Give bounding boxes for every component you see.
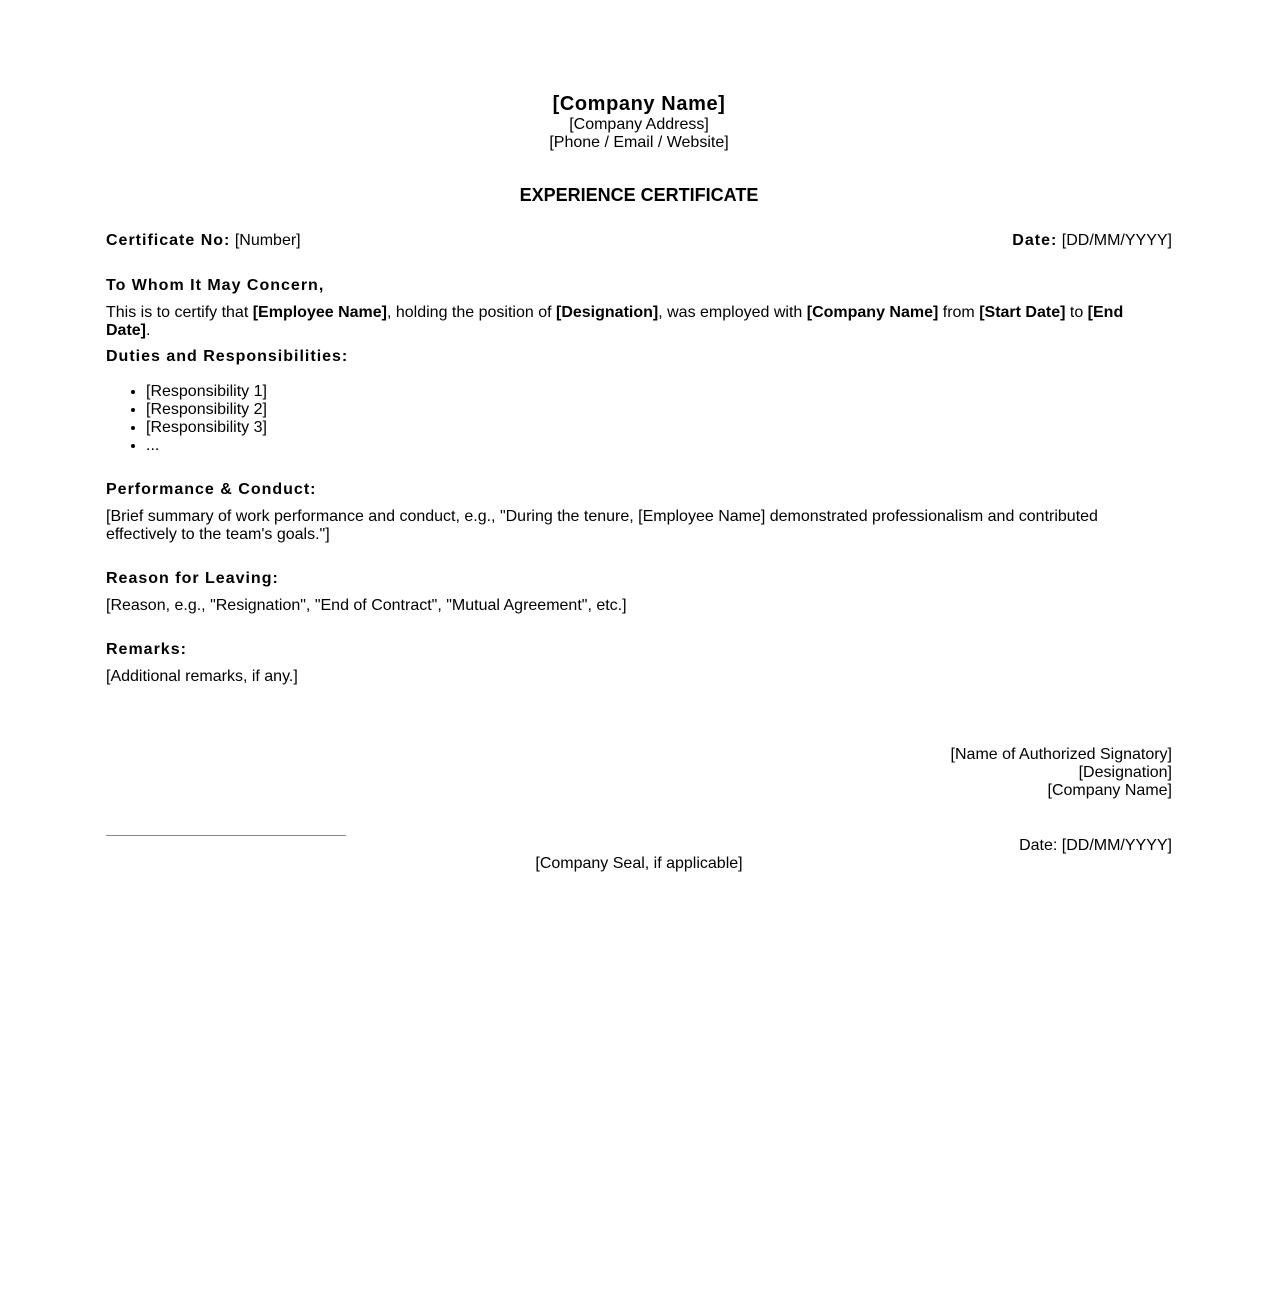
list-item: ...	[146, 437, 267, 455]
duties-list: [Responsibility 1] [Responsibility 2] [R…	[106, 383, 267, 455]
remarks-text: [Additional remarks, if any.]	[106, 668, 1172, 686]
start-date: [Start Date]	[979, 304, 1065, 321]
certificate-date-label: Date:	[1012, 232, 1057, 249]
intro-text: , holding the position of	[387, 304, 556, 321]
list-item: [Responsibility 3]	[146, 419, 267, 437]
company-contact: [Phone / Email / Website]	[106, 134, 1172, 152]
employee-name: [Employee Name]	[253, 304, 387, 321]
certificate-date-value: [DD/MM/YYYY]	[1062, 232, 1172, 249]
reason-heading: Reason for Leaving:	[106, 570, 1172, 588]
salutation: To Whom It May Concern,	[106, 277, 1172, 295]
intro-text: to	[1065, 304, 1087, 321]
certificate-number: Certificate No: [Number]	[106, 232, 301, 250]
intro-text: .	[146, 322, 150, 339]
duties-heading: Duties and Responsibilities:	[106, 348, 1172, 366]
list-item: [Responsibility 1]	[146, 383, 267, 401]
certificate-date: Date: [DD/MM/YYYY]	[1012, 232, 1172, 250]
reason-text: [Reason, e.g., "Resignation", "End of Co…	[106, 597, 1172, 615]
performance-text: [Brief summary of work performance and c…	[106, 508, 1116, 544]
list-item: [Responsibility 2]	[146, 401, 267, 419]
certificate-number-label: Certificate No:	[106, 232, 230, 249]
designation: [Designation]	[556, 304, 658, 321]
company-address: [Company Address]	[106, 116, 1172, 134]
company-seal: [Company Seal, if applicable]	[106, 855, 1172, 873]
intro-paragraph: This is to certify that [Employee Name],…	[106, 304, 1172, 340]
signatory-date: Date: [DD/MM/YYYY]	[1019, 837, 1172, 855]
performance-heading: Performance & Conduct:	[106, 481, 1172, 499]
intro-text: This is to certify that	[106, 304, 253, 321]
signature-line	[106, 835, 346, 836]
signatory-name: [Name of Authorized Signatory]	[951, 746, 1172, 764]
intro-text: from	[938, 304, 979, 321]
company-name-inline: [Company Name]	[807, 304, 939, 321]
remarks-heading: Remarks:	[106, 641, 1172, 659]
company-name: [Company Name]	[106, 92, 1172, 116]
document-title: EXPERIENCE CERTIFICATE	[106, 184, 1172, 206]
certificate-info-row: Certificate No: [Number] Date: [DD/MM/YY…	[106, 232, 1172, 250]
signatory-company: [Company Name]	[951, 782, 1172, 800]
signatory-block: [Name of Authorized Signatory] [Designat…	[951, 746, 1172, 800]
certificate-number-value: [Number]	[235, 232, 301, 249]
signatory-designation: [Designation]	[951, 764, 1172, 782]
intro-text: , was employed with	[658, 304, 807, 321]
